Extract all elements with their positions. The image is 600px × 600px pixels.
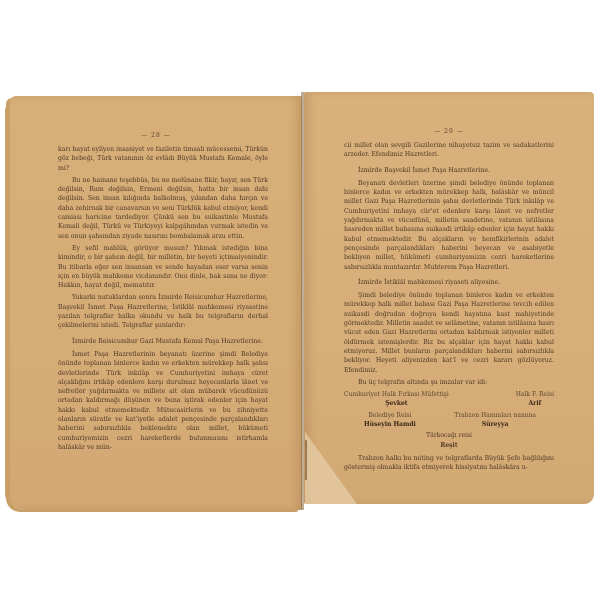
folded-corner [305, 432, 357, 504]
left-page-text: karı hayat eyliyen insaniyet ve fazileti… [58, 145, 268, 455]
open-booklet: — 28 — karı hayat eyliyen insaniyet ve f… [0, 0, 600, 600]
signature-role: Belediye Reisi [364, 411, 416, 420]
signature-row: Cumhuriyet Halk Fırkası Müfettişi Şevket… [344, 390, 554, 409]
signature-name: Şevket [344, 399, 449, 408]
paragraph: Beyanatı devletleri üzerine şimdi beledi… [344, 179, 554, 272]
telegram-address: İzmirde İstiklâl mahkemesi riyaseti aliy… [344, 278, 554, 287]
signature-role: Türkocağı reisi [344, 431, 554, 440]
telegram-address: İzmirde Başvekil İsmet Paşa Hazretlerine… [344, 166, 554, 175]
paragraph: İsmet Paşa Hazretlerinin beyanatı üzerin… [58, 350, 268, 452]
signature-name: Süreyya [454, 420, 536, 429]
signature: Trabzon Hanımları namına Süreyya [454, 411, 536, 430]
signature-row: Belediye Reisi Hüseyin Hamdi Trabzon Han… [344, 411, 554, 430]
page-number: — 29 — [304, 128, 594, 135]
paragraph: cii millet olan sevgili Gazilerine nihay… [344, 141, 554, 160]
signature-name: Arif [516, 399, 554, 408]
paragraph: Ey sefil mahlûk, görüyor musun? Yıkmak i… [58, 244, 268, 290]
paragraph: karı hayat eyliyen insaniyet ve fazileti… [58, 145, 268, 173]
paragraph: Şimdi belediye önünde toplanan binlerce … [344, 291, 554, 375]
page-number: — 28 — [10, 132, 302, 139]
signature-role: Cumhuriyet Halk Fırkası Müfettişi [344, 390, 449, 399]
signature: Halk F. Reisi Arif [516, 390, 554, 409]
left-page: — 28 — karı hayat eyliyen insaniyet ve f… [10, 96, 302, 510]
signature-role: Trabzon Hanımları namına [454, 411, 536, 420]
telegram-address: İzmirde Reisicumhur Gazi Mustafa Kemal P… [58, 337, 268, 346]
paragraph: Yukarki nutuklardan sonra İzmirde Reisic… [58, 293, 268, 330]
closing-paragraph: Trabzon halkı bu miting ve telgraflarda … [344, 454, 554, 473]
signature: Türkocağı reisi Reşit [344, 431, 554, 450]
paragraph: Bu üç telgrafın altında şu imzalar var i… [344, 378, 554, 387]
signature: Belediye Reisi Hüseyin Hamdi [364, 411, 416, 430]
signature: Cumhuriyet Halk Fırkası Müfettişi Şevket [344, 390, 449, 409]
staple [305, 440, 307, 480]
right-page-text: cii millet olan sevgili Gazilerine nihay… [344, 141, 554, 476]
signature-role: Halk F. Reisi [516, 390, 554, 399]
paragraph: Bu ne hainane teşebbüs, bu ne melûnane f… [58, 176, 268, 241]
signature-name: Hüseyin Hamdi [364, 420, 416, 429]
signature-name: Reşit [344, 441, 554, 450]
